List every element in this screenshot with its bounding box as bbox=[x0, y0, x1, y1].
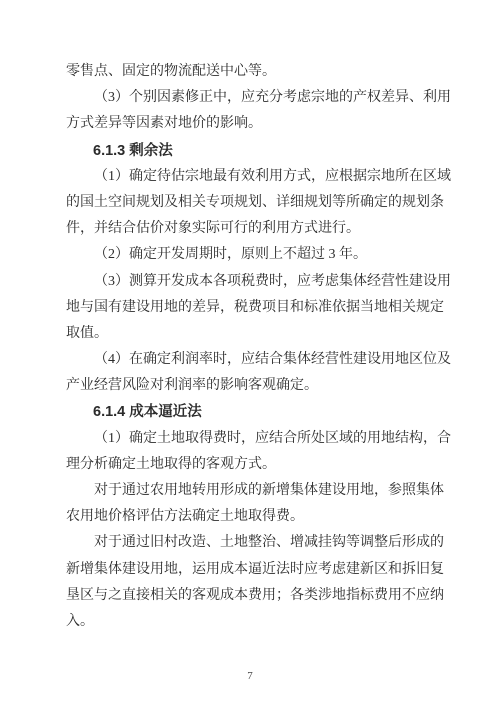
text-line: 入。 bbox=[66, 609, 444, 635]
text-line: （1）确定待估宗地最有效利用方式，应根据宗地所在区域 bbox=[66, 164, 444, 190]
text-line: （3）测算开发成本各项税费时，应考虑集体经营性建设用 bbox=[66, 269, 444, 295]
text-line: 农用地价格评估方法确定土地取得费。 bbox=[66, 504, 444, 530]
text-line: 的国土空间规划及相关专项规划、详细规划等所确定的规划条 bbox=[66, 190, 444, 216]
section-heading-6-1-3: 6.1.3 剩余法 bbox=[66, 138, 444, 164]
page-number: 7 bbox=[0, 670, 500, 682]
text-line: 对于通过旧村改造、土地整治、增减挂钩等调整后形成的 bbox=[66, 530, 444, 556]
text-line: 垦区与之直接相关的客观成本费用；各类涉地指标费用不应纳 bbox=[66, 583, 444, 609]
text-line: （3）个别因素修正中，应充分考虑宗地的产权差异、利用 bbox=[66, 85, 444, 111]
section-heading-6-1-4: 6.1.4 成本逼近法 bbox=[66, 399, 444, 425]
text-line: 方式差异等因素对地价的影响。 bbox=[66, 111, 444, 137]
text-line: 地与国有建设用地的差异，税费项目和标准依据当地相关规定 bbox=[66, 295, 444, 321]
document-page: 零售点、固定的物流配送中心等。 （3）个别因素修正中，应充分考虑宗地的产权差异、… bbox=[0, 0, 500, 706]
text-line: 理分析确定土地取得的客观方式。 bbox=[66, 452, 444, 478]
text-line: 取值。 bbox=[66, 321, 444, 347]
text-line: 零售点、固定的物流配送中心等。 bbox=[66, 59, 444, 85]
text-line: 新增集体建设用地，运用成本逼近法时应考虑建新区和拆旧复 bbox=[66, 557, 444, 583]
text-line: 对于通过农用地转用形成的新增集体建设用地，参照集体 bbox=[66, 478, 444, 504]
text-line: （4）在确定利润率时，应结合集体经营性建设用地区位及 bbox=[66, 347, 444, 373]
text-line: （2）确定开发周期时，原则上不超过 3 年。 bbox=[66, 242, 444, 268]
text-line: 产业经营风险对利润率的影响客观确定。 bbox=[66, 373, 444, 399]
text-line: （1）确定土地取得费时，应结合所处区域的用地结构，合 bbox=[66, 426, 444, 452]
text-line: 件，并结合估价对象实际可行的利用方式进行。 bbox=[66, 216, 444, 242]
document-text-block: 零售点、固定的物流配送中心等。 （3）个别因素修正中，应充分考虑宗地的产权差异、… bbox=[66, 59, 444, 635]
